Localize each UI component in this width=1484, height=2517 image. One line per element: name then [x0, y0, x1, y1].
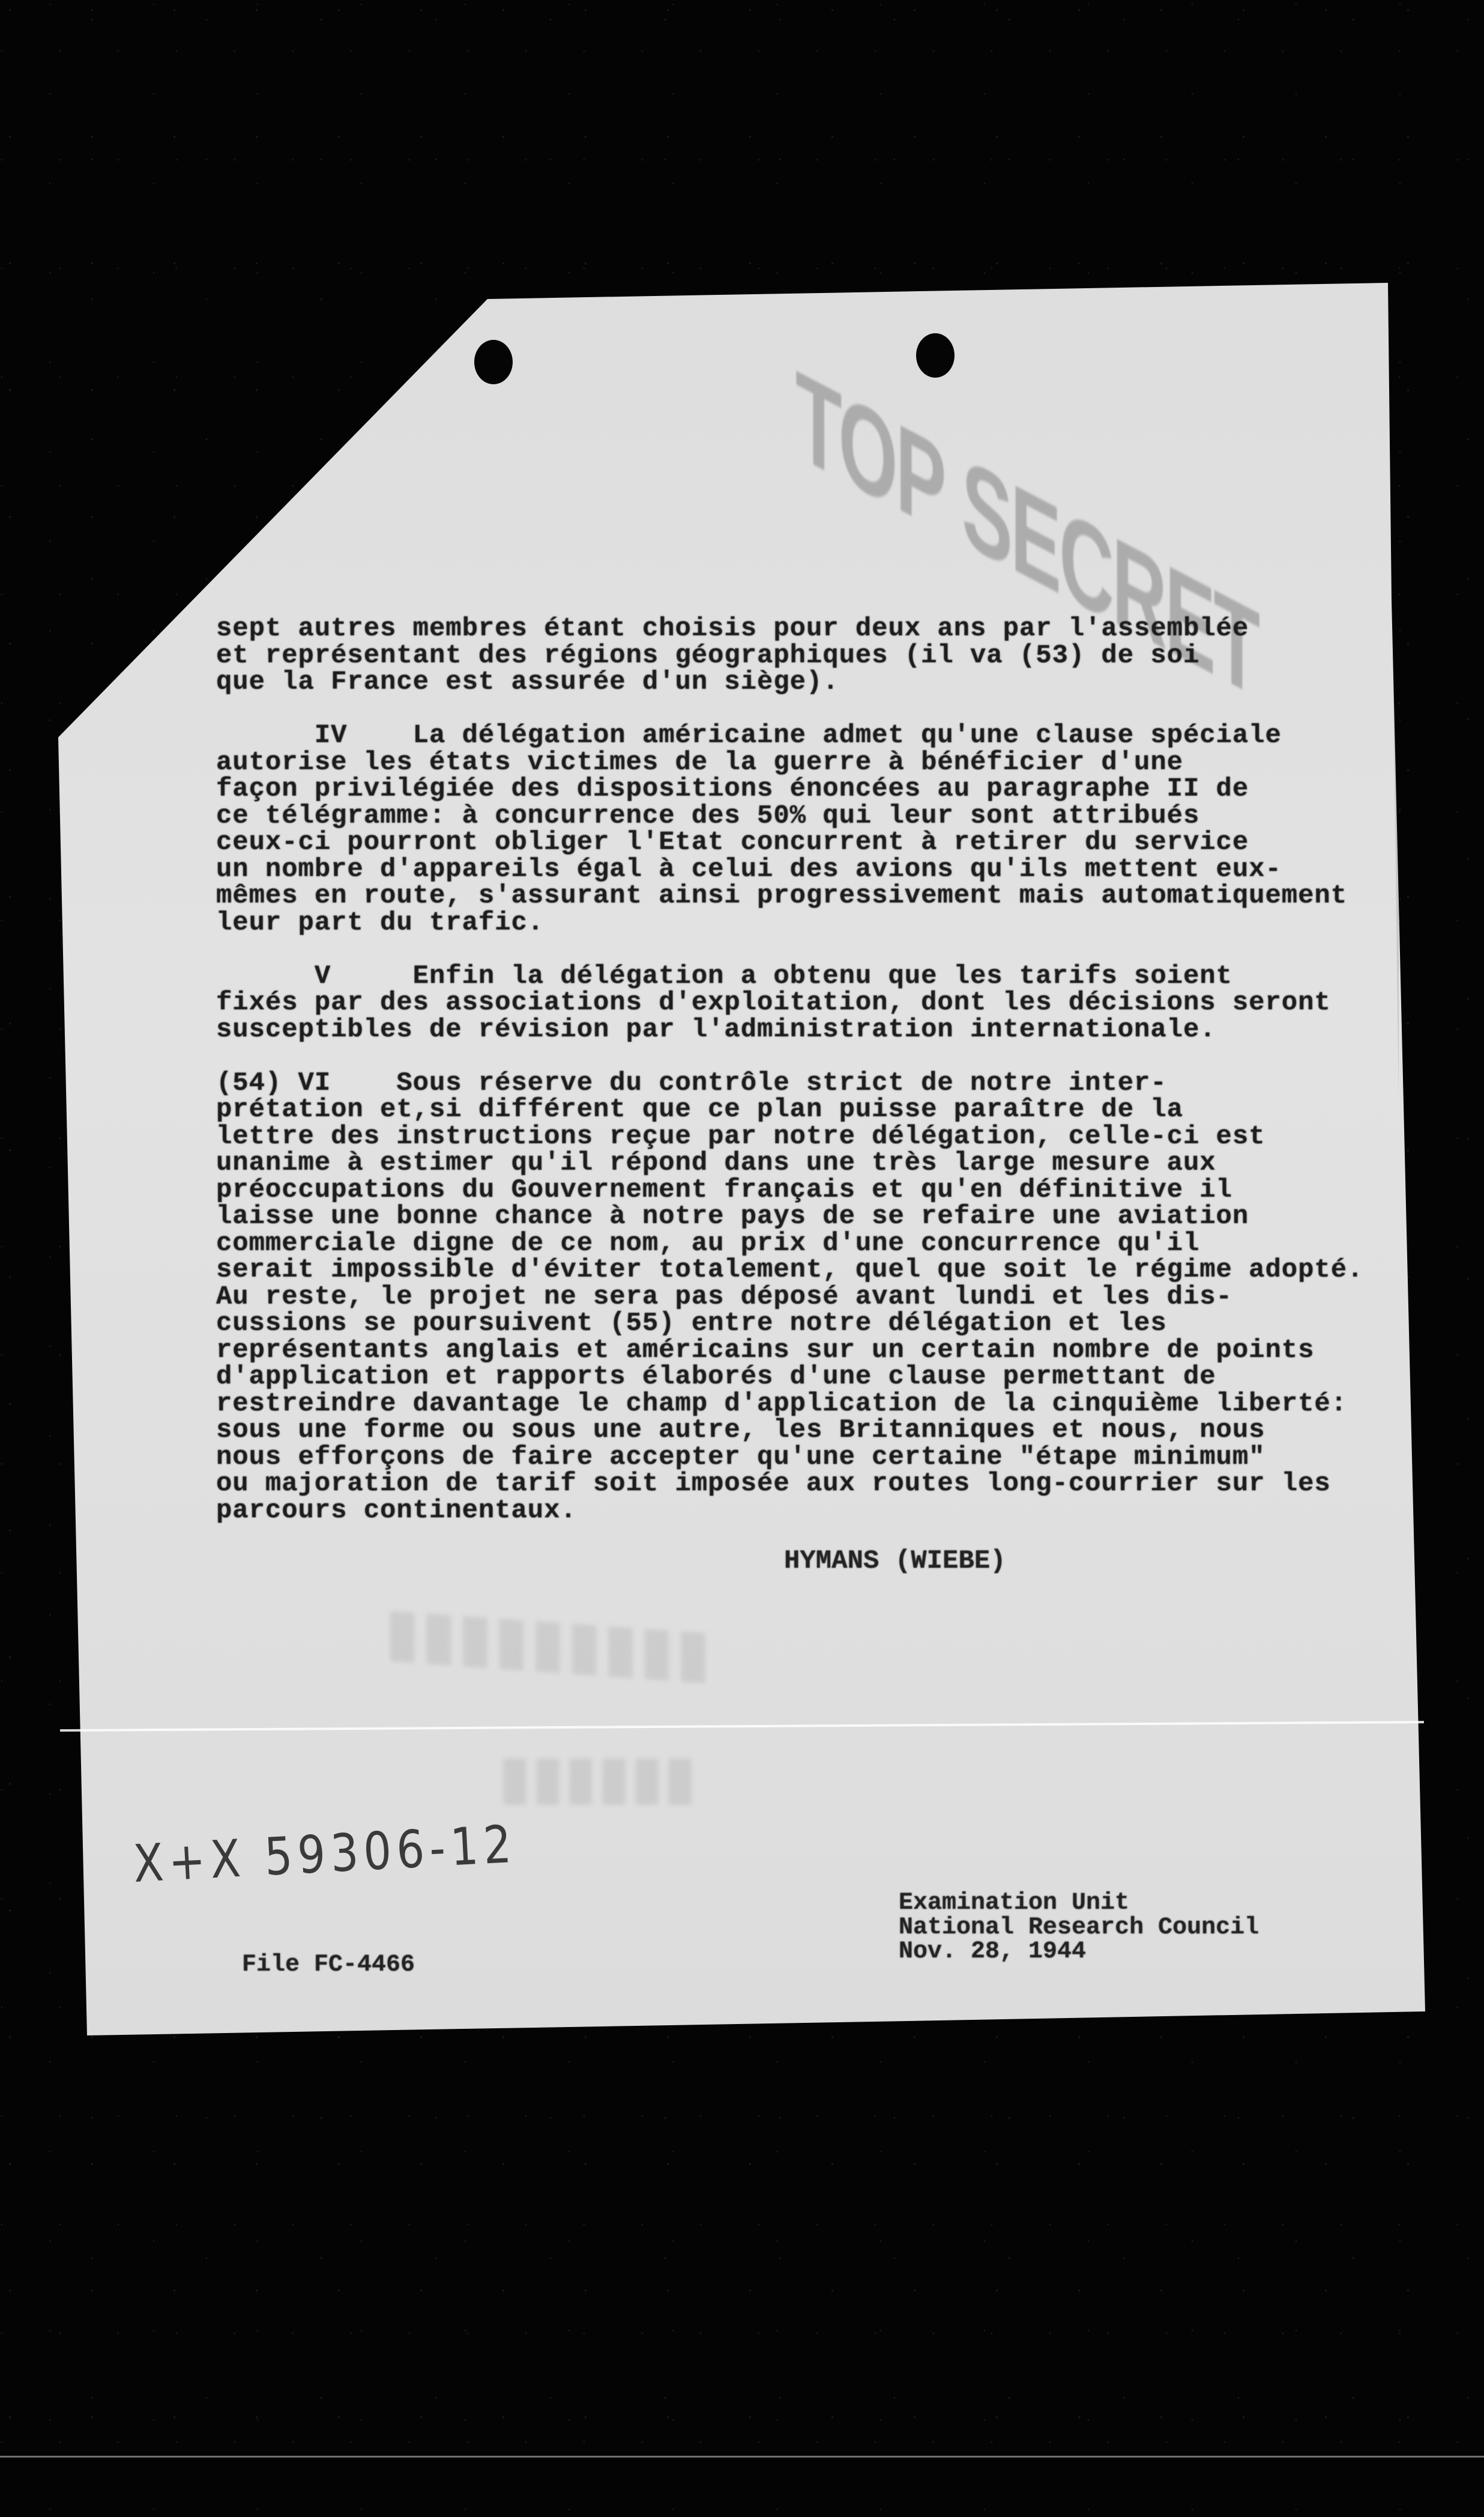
text-line: préoccupations du Gouvernement français … [216, 1177, 1387, 1204]
text-line: serait impossible d'éviter totalement, q… [216, 1257, 1387, 1284]
text-line: sous une forme ou sous une autre, les Br… [216, 1417, 1387, 1444]
footer-unit: Examination Unit [899, 1891, 1259, 1916]
bleed-through-stamp-2: ▮▮▮▮▮▮ [498, 1741, 696, 1811]
text-line: leur part du trafic. [216, 910, 1387, 937]
text-line: lettre des instructions reçue par notre … [216, 1123, 1387, 1150]
file-reference: File FC-4466 [242, 1951, 415, 1978]
text-line: nous efforçons de faire accepter qu'une … [216, 1444, 1387, 1471]
text-line: sept autres membres étant choisis pour d… [216, 615, 1387, 642]
footer-date: Nov. 28, 1944 [899, 1940, 1259, 1965]
document-body: sept autres membres étant choisis pour d… [216, 615, 1387, 1524]
footer-attribution: Examination Unit National Research Counc… [899, 1891, 1259, 1965]
text-line: ceux-ci pourront obliger l'Etat concurre… [216, 829, 1387, 856]
scan-frame-line [0, 2456, 1484, 2458]
text-line: autorise les états victimes de la guerre… [216, 749, 1387, 776]
text-line: prétation et,si différent que ce plan pu… [216, 1096, 1387, 1123]
text-line: ce télégramme: à concurrence des 50% qui… [216, 803, 1387, 830]
text-line: restreindre davantage le champ d'applica… [216, 1391, 1387, 1418]
text-line: V Enfin la délégation a obtenu que les t… [216, 963, 1387, 990]
text-line: façon privilégiée des dispositions énonc… [216, 776, 1387, 803]
text-line: parcours continentaux. [216, 1497, 1387, 1524]
paragraph-vi: (54) VI Sous réserve du contrôle strict … [216, 1070, 1387, 1524]
text-line: mêmes en route, s'assurant ainsi progres… [216, 883, 1387, 910]
text-line: que la France est assurée d'un siège). [216, 669, 1387, 696]
paragraph-v: V Enfin la délégation a obtenu que les t… [216, 963, 1387, 1044]
text-line: ou majoration de tarif soit imposée aux … [216, 1470, 1387, 1497]
text-line: susceptibles de révision par l'administr… [216, 1017, 1387, 1044]
text-line: cussions se poursuivent (55) entre notre… [216, 1310, 1387, 1337]
footer-organization: National Research Council [899, 1916, 1259, 1941]
text-line: représentants anglais et américains sur … [216, 1337, 1387, 1364]
text-line: unanime à estimer qu'il répond dans une … [216, 1150, 1387, 1177]
paragraph-continuation: sept autres membres étant choisis pour d… [216, 615, 1387, 696]
signature: HYMANS (WIEBE) [784, 1546, 1006, 1576]
text-line: fixés par des associations d'exploitatio… [216, 990, 1387, 1017]
text-line: Au reste, le projet ne sera pas déposé a… [216, 1284, 1387, 1311]
text-line: commerciale digne de ce nom, au prix d'u… [216, 1230, 1387, 1257]
text-line: un nombre d'appareils égal à celui des a… [216, 856, 1387, 883]
paragraph-iv: IV La délégation américaine admet qu'une… [216, 722, 1387, 936]
text-line: (54) VI Sous réserve du contrôle strict … [216, 1070, 1387, 1097]
text-line: et représentant des régions géographique… [216, 642, 1387, 669]
text-line: laisse une bonne chance à notre pays de … [216, 1203, 1387, 1230]
text-line: d'application et rapports élaborés d'une… [216, 1364, 1387, 1391]
text-line: IV La délégation américaine admet qu'une… [216, 722, 1387, 749]
